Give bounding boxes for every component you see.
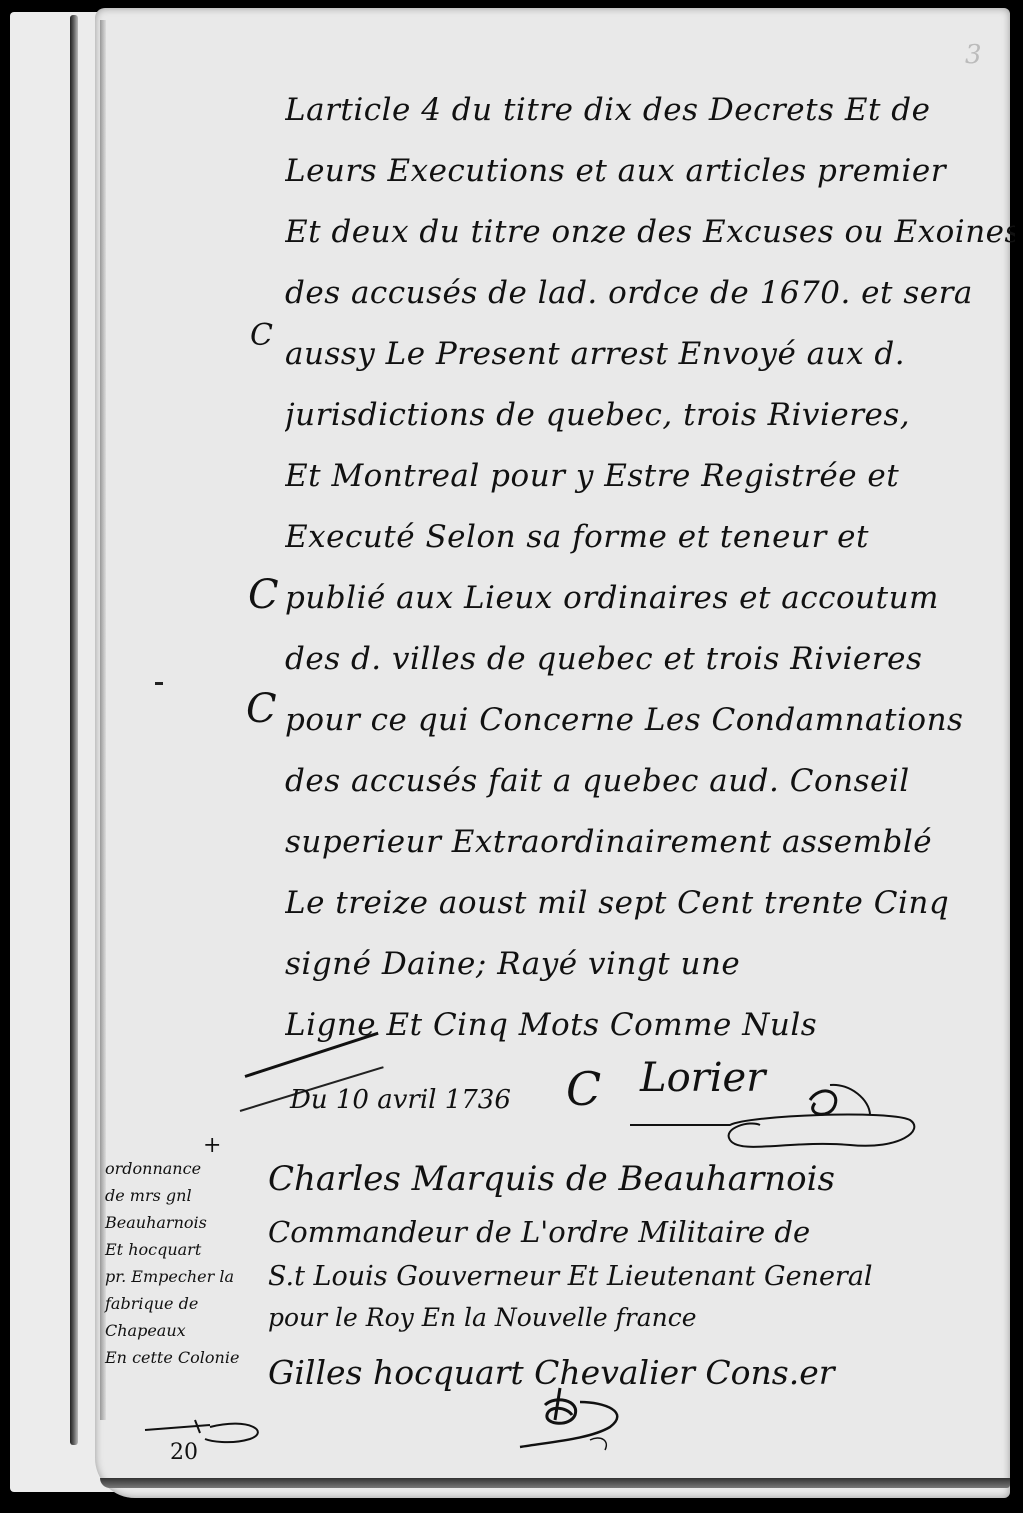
body-line: superieur Extraordinairement assemblé: [285, 812, 1015, 873]
folio-flourish-icon: [140, 1415, 280, 1445]
body-line: aussy Le Present arrest Envoyé aux d.: [285, 324, 1015, 385]
body-line: Et Montreal pour y Estre Registrée et: [285, 446, 1015, 507]
margin-note-line: Et hocquart: [105, 1236, 285, 1263]
margin-mark: C: [246, 686, 277, 732]
new-entry-line: S.t Louis Gouverneur Et Lieutenant Gener…: [268, 1256, 1018, 1298]
body-line: Leurs Executions et aux articles premier: [285, 141, 1015, 202]
margin-mark: C: [250, 318, 273, 353]
folio-number: 20: [170, 1440, 198, 1465]
new-entry-line: Commandeur de L'ordre Militaire de: [268, 1208, 1018, 1256]
binding-edge: [70, 15, 78, 1445]
body-line: signé Daine; Rayé vingt une: [285, 934, 1015, 995]
margin-note-line: En cette Colonie: [105, 1344, 285, 1371]
page-bottom-edge: [100, 1478, 1010, 1488]
margin-note-line: de mrs gnl: [105, 1182, 285, 1209]
body-line: Le treize aoust mil sept Cent trente Cin…: [285, 873, 1015, 934]
margin-note-line: ordonnance: [105, 1155, 285, 1182]
body-line: Et deux du titre onze des Excuses ou Exo…: [285, 202, 1015, 263]
new-entry: Charles Marquis de Beauharnois Commandeu…: [268, 1150, 1018, 1400]
body-line: des accusés fait a quebec aud. Conseil: [285, 751, 1015, 812]
margin-note: ordonnance de mrs gnl Beauharnois Et hoc…: [105, 1155, 285, 1371]
body-line: pour ce qui Concerne Les Condamnations: [285, 690, 1015, 751]
margin-note-line: Chapeaux: [105, 1317, 285, 1344]
body-line: Ligne Et Cinq Mots Comme Nuls: [285, 995, 1015, 1056]
body-text: Larticle 4 du titre dix des Decrets Et d…: [285, 80, 1015, 1056]
body-line: publié aux Lieux ordinaires et accoutum: [285, 568, 1015, 629]
margin-tick: [155, 682, 163, 685]
margin-note-line: pr. Empecher la: [105, 1263, 285, 1290]
signature-flourish-icon: [620, 1080, 920, 1160]
body-line: des accusés de lad. ordce de 1670. et se…: [285, 263, 1015, 324]
body-line: des d. villes de quebec et trois Riviere…: [285, 629, 1015, 690]
margin-mark: C: [248, 572, 279, 618]
body-line: Executé Selon sa forme et teneur et: [285, 507, 1015, 568]
corner-mark: 3: [965, 40, 982, 70]
paraph-icon: [510, 1380, 660, 1460]
date-line: Du 10 avril 1736: [290, 1085, 511, 1115]
new-entry-line: pour le Roy En la Nouvelle france: [268, 1298, 1018, 1346]
body-line: jurisdictions de quebec, trois Rivieres,: [285, 385, 1015, 446]
new-entry-line: Charles Marquis de Beauharnois: [268, 1150, 1018, 1208]
margin-note-line: Beauharnois: [105, 1209, 285, 1236]
margin-note-line: fabrique de: [105, 1290, 285, 1317]
body-line: Larticle 4 du titre dix des Decrets Et d…: [285, 80, 1015, 141]
signature-initial: C: [566, 1062, 601, 1116]
